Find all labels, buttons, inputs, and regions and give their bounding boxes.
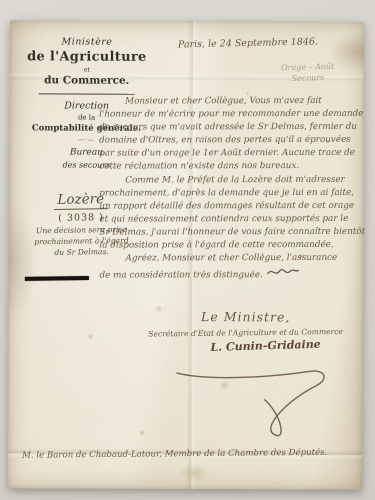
closing-paraph-flourish <box>266 265 300 284</box>
body-line: domaine d'Oltres, en raison des pertes q… <box>99 134 367 148</box>
photo-of-letter: Ministère de l'Agriculture et du Commerc… <box>0 0 375 500</box>
body-line: prochainement, d'après la demande que je… <box>99 187 367 201</box>
letter-body: Monsieur et cher Collègue, Vous m'avez f… <box>99 95 367 285</box>
letter-paper: Ministère de l'Agriculture et du Commerc… <box>8 20 364 490</box>
body-line: l'honneur de m'écrire pour me recommande… <box>99 108 367 122</box>
letterhead-agriculture: de l'Agriculture <box>18 49 156 65</box>
body-line: Comme M. le Préfet de la Lozère doit m'a… <box>99 173 367 187</box>
minister-title: Le Ministre, <box>127 309 365 325</box>
signature-flourish <box>168 351 338 446</box>
dateline: Paris, le 24 Septembre 1846. <box>178 35 368 50</box>
body-line: de secours que m'avait adressée le Sr De… <box>99 121 367 135</box>
letterhead-ministere: Ministère <box>18 36 156 48</box>
body-line: Monsieur et cher Collègue, Vous m'avez f… <box>99 95 367 109</box>
body-line: Sr Delmas, j'aurai l'honneur de vous fai… <box>99 226 367 240</box>
printed-black-bar <box>25 276 89 281</box>
body-line: un rapport détaillé des dommages résulta… <box>99 200 367 214</box>
pencil-annotation-line: Secours <box>248 71 368 86</box>
body-line: et qui nécessairement contiendra ceux su… <box>99 213 367 227</box>
body-line: la disposition prise à l'égard de cette … <box>99 239 367 253</box>
body-line: par suite d'un orage le 1er Août dernier… <box>99 147 367 161</box>
body-line: Agréez, Monsieur et cher Collègue, l'ass… <box>99 252 367 266</box>
letterhead-et: et <box>18 66 156 74</box>
pencil-annotation: Orage – Août Secours <box>247 60 368 86</box>
body-line-text: de ma considération très distinguée. <box>99 270 262 280</box>
body-line: de ma considération très distinguée. <box>99 265 367 285</box>
body-line: cette réclamation n'existe dans nos bure… <box>99 160 367 174</box>
letterhead-commerce: du Commerce. <box>18 74 156 87</box>
signature-block: Le Ministre, Secrétaire d'Etat de l'Agri… <box>127 309 365 353</box>
